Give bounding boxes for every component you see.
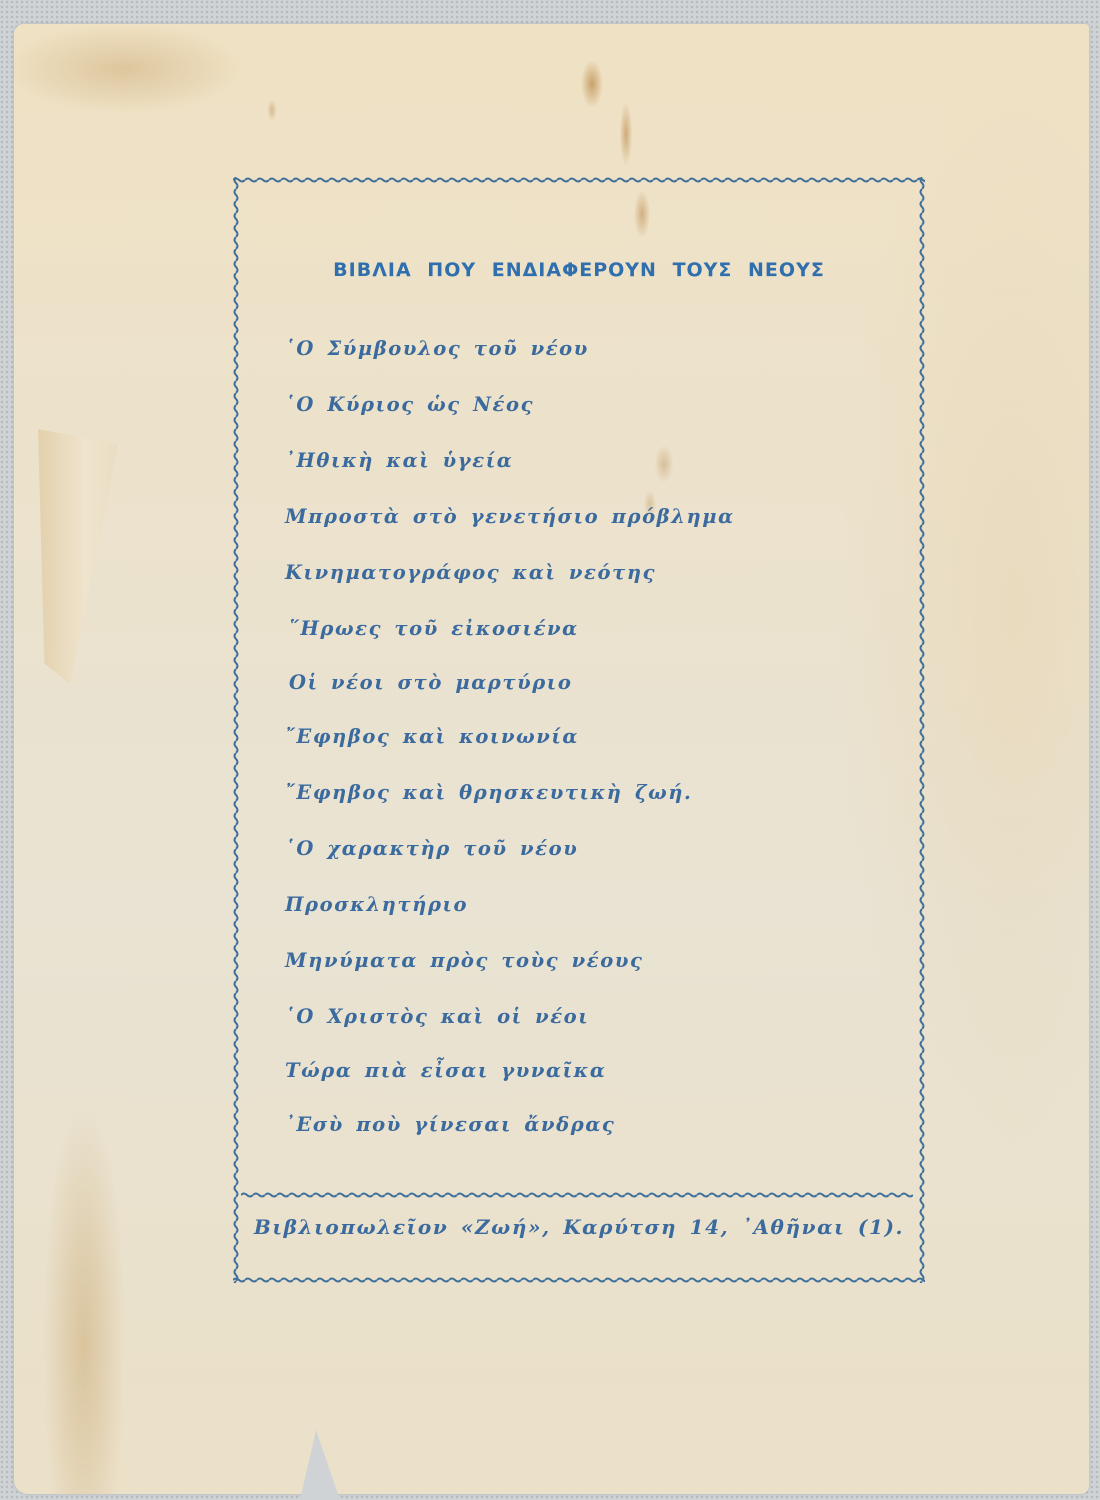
book-title: ῾Ο χαρακτὴρ τοῦ νέου — [285, 837, 578, 860]
book-title: Μπροστὰ στὸ γενετήσιο πρόβλημα — [285, 505, 735, 528]
book-title: Μηνύματα πρὸς τοὺς νέους — [285, 949, 643, 972]
book-title: ᾿Ηθικὴ καὶ ὑγεία — [285, 449, 513, 472]
book-title: ῾Ο Χριστὸς καὶ οἱ νέοι — [285, 1005, 589, 1028]
torn-folded-spine-edge — [38, 429, 118, 684]
frame-border-top — [233, 177, 925, 183]
book-title: Προσκλητήριο — [285, 893, 468, 916]
book-title: Κινηματογράφος καὶ νεότης — [285, 561, 656, 584]
footer-divider — [241, 1192, 913, 1198]
frame-border-right — [919, 177, 925, 1283]
publisher-address: Βιβλιοπωλεῖον «Ζωή», Καρύτση 14, ᾿Αθῆναι… — [233, 1215, 925, 1239]
frame-border-bottom — [233, 1277, 925, 1283]
book-title: Οἱ νέοι στὸ μαρτύριο — [289, 671, 572, 694]
book-title: ῎Εφηβος καὶ κοινωνία — [285, 725, 579, 748]
book-title: ῎Εφηβος καὶ θρησκευτικὴ ζωή. — [285, 781, 692, 804]
decorative-wavy-frame: ΒΙΒΛΙΑ ΠΟΥ ΕΝΔΙΑΦΕΡΟΥΝ ΤΟΥΣ ΝΕΟΥΣ ῾Ο Σύμ… — [233, 177, 925, 1283]
book-title: ῞Ηρωες τοῦ εἰκοσιένα — [289, 617, 579, 640]
list-heading: ΒΙΒΛΙΑ ΠΟΥ ΕΝΔΙΑΦΕΡΟΥΝ ΤΟΥΣ ΝΕΟΥΣ — [233, 259, 925, 281]
book-title: ῾Ο Σύμβουλος τοῦ νέου — [285, 337, 589, 360]
book-title: ᾿Εσὺ ποὺ γίνεσαι ἄνδρας — [285, 1113, 615, 1136]
book-title: Τώρα πιὰ εἶσαι γυναῖκα — [285, 1059, 606, 1082]
frame-border-left — [233, 177, 239, 1283]
book-title: ῾Ο Κύριος ὡς Νέος — [285, 393, 534, 416]
